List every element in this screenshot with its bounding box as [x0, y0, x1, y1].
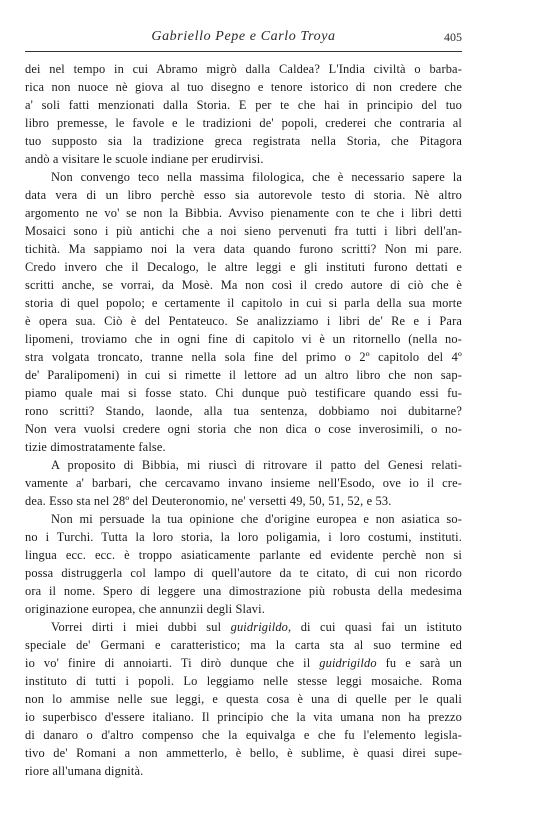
text-line: è opera sua. Ciò è del Pentateuco. Se an…	[25, 312, 462, 330]
text-line: lingua ecc. ecc. è troppo asiaticamente …	[25, 546, 462, 564]
text-line: tuo supposto sia la tradizione greca reg…	[25, 132, 462, 150]
text-line: di danaro o d'altro compenso che la equi…	[25, 726, 462, 744]
text-line: libro premesse, le favole e le tradizion…	[25, 114, 462, 132]
text-line: ora il nome. Spero di leggere una dimost…	[25, 582, 462, 600]
text-line: dei nel tempo in cui Abramo migrò dalla …	[25, 60, 462, 78]
text-line: data vera di un libro perchè esso sia au…	[25, 186, 462, 204]
text-line: no i Turchi. Tutta la loro storia, la lo…	[25, 528, 462, 546]
text-line: a' soli fatti menzionati dalla Storia. E…	[25, 96, 462, 114]
paragraph: A proposito di Bibbia, mi riuscì di ritr…	[25, 456, 462, 510]
text-line: lipomeni, troviamo che in ogni fine di c…	[25, 330, 462, 348]
paragraph: dei nel tempo in cui Abramo migrò dalla …	[25, 60, 462, 168]
text-line: scritti anche, se vorrai, da Mosè. Ma no…	[25, 276, 462, 294]
text-line: possa distruggerla col lampo di quell'au…	[25, 564, 462, 582]
text-line: stra volgata troncato, tranne nella sola…	[25, 348, 462, 366]
body-text: dei nel tempo in cui Abramo migrò dalla …	[25, 60, 462, 780]
text-line: vamente a' barbari, che cercavamo invano…	[25, 474, 462, 492]
text-line: dea. Esso sta nel 28º del Deuteronomio, …	[25, 492, 462, 510]
header-rule	[25, 51, 462, 52]
running-title: Gabriello Pepe e Carlo Troya	[25, 29, 462, 45]
text-line: argomento ne vo' se non la Bibbia. Avvis…	[25, 204, 462, 222]
text-line: Mosaici sono i più antichi che a noi sie…	[25, 222, 462, 240]
text-line: piamo quale mai si fosse stato. Chi dunq…	[25, 384, 462, 402]
text-line: riore all'umana dignità.	[25, 762, 462, 780]
paragraph: Non convengo teco nella massima filologi…	[25, 168, 462, 456]
text-line: de' Paralipomeni) in cui si rimette il l…	[25, 366, 462, 384]
text-line: Non convengo teco nella massima filologi…	[25, 168, 462, 186]
page-number: 405	[444, 30, 462, 45]
text-line: io superbisco d'essere italiano. Il prin…	[25, 708, 462, 726]
text-line: io vo' finire di annoiarti. Ti dirò dunq…	[25, 654, 462, 672]
running-header: Gabriello Pepe e Carlo Troya 405	[25, 29, 462, 47]
text-line: storia di quel popolo; e certamente il c…	[25, 294, 462, 312]
text-line: Credo invero che il Decalogo, le altre l…	[25, 258, 462, 276]
text-line: A proposito di Bibbia, mi riuscì di ritr…	[25, 456, 462, 474]
text-line: Non mi persuade la tua opinione che d'or…	[25, 510, 462, 528]
text-line: non lo ammise nelle sue leggi, e questa …	[25, 690, 462, 708]
paragraph: Non mi persuade la tua opinione che d'or…	[25, 510, 462, 618]
text-line: tichità. Ma sappiamo noi la vera data qu…	[25, 240, 462, 258]
paragraph: Vorrei dirti i miei dubbi sul guidrigild…	[25, 618, 462, 780]
text-line: originazione europea, che annunzii degli…	[25, 600, 462, 618]
text-line: tizie dimostratamente false.	[25, 438, 462, 456]
text-line: rica non nuoce nè giova al tuo disegno e…	[25, 78, 462, 96]
text-line: Vorrei dirti i miei dubbi sul guidrigild…	[25, 618, 462, 636]
text-line: andò a visitare le scuole indiane per er…	[25, 150, 462, 168]
text-line: rono scritti? Stando, laonde, alla tua s…	[25, 402, 462, 420]
text-line: Non vera vuolsi credere ogni storia che …	[25, 420, 462, 438]
text-line: instituto di tutti i popoli. Lo leggiamo…	[25, 672, 462, 690]
text-line: tivo de' Romani a non ammetterlo, è bell…	[25, 744, 462, 762]
text-line: speciale de' Germani e caratteristico; m…	[25, 636, 462, 654]
